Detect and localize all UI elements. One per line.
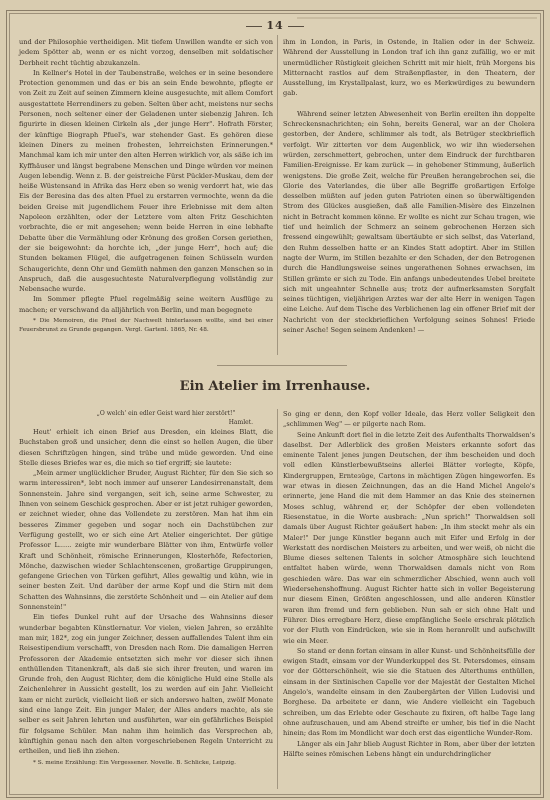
paragraph: So ging er denn, den Kopf voller Ideale,… bbox=[283, 409, 535, 430]
column-divider bbox=[277, 409, 278, 789]
paragraph: „Mein armer unglücklicher Bruder, August… bbox=[19, 468, 273, 612]
paragraph: Ein tiefes Dunkel ruht auf der Ursache d… bbox=[19, 612, 273, 756]
article1-column-right: ihm in London, in Paris, in Ostende, in … bbox=[283, 37, 535, 335]
paragraph: So stand er denn fortan einsam in aller … bbox=[283, 646, 535, 739]
article2-column-right: So ging er denn, den Kopf voller Ideale,… bbox=[283, 409, 535, 759]
paragraph: Im Sommer pflegte Pfuel regelmäßig seine… bbox=[19, 294, 273, 315]
motto-source: Hamlet. bbox=[19, 418, 273, 427]
paragraph: und der Philosophie vertheidigen. Mit ti… bbox=[19, 37, 273, 68]
ornament-dash bbox=[288, 26, 304, 27]
paragraph: ihm in London, in Paris, in Ostende, in … bbox=[283, 37, 535, 99]
article1-column-left: und der Philosophie vertheidigen. Mit ti… bbox=[19, 37, 273, 335]
footnote: * Die Memoiren, die Pfuel der Nachwelt h… bbox=[19, 317, 273, 335]
paragraph: In Kellner's Hotel in der Taubenstraße, … bbox=[19, 68, 273, 295]
newspaper-page: 14 und der Philosophie vertheidigen. Mit… bbox=[6, 10, 544, 798]
paragraph: Länger als ein Jahr blieb August Richter… bbox=[283, 739, 535, 760]
ornament-dash bbox=[246, 26, 262, 27]
motto: „O welch' ein edler Geist ward hier zers… bbox=[19, 409, 273, 418]
article2-column-left: „O welch' ein edler Geist ward hier zers… bbox=[19, 409, 273, 768]
paragraph: Heut' erhielt ich einen Brief aus Dresde… bbox=[19, 427, 273, 468]
article-title: Ein Atelier im Irrenhause. bbox=[7, 379, 543, 394]
column-divider bbox=[277, 35, 278, 355]
article-separator bbox=[217, 365, 347, 366]
page-number: 14 bbox=[7, 19, 543, 32]
footnote: * S. meine Erzählung: Ein Vergessener. N… bbox=[19, 759, 273, 768]
paragraph: Während seiner letzten Abwesenheit von B… bbox=[283, 109, 535, 336]
paragraph: Seine Ankunft dort fiel in die letzte Ze… bbox=[283, 430, 535, 646]
